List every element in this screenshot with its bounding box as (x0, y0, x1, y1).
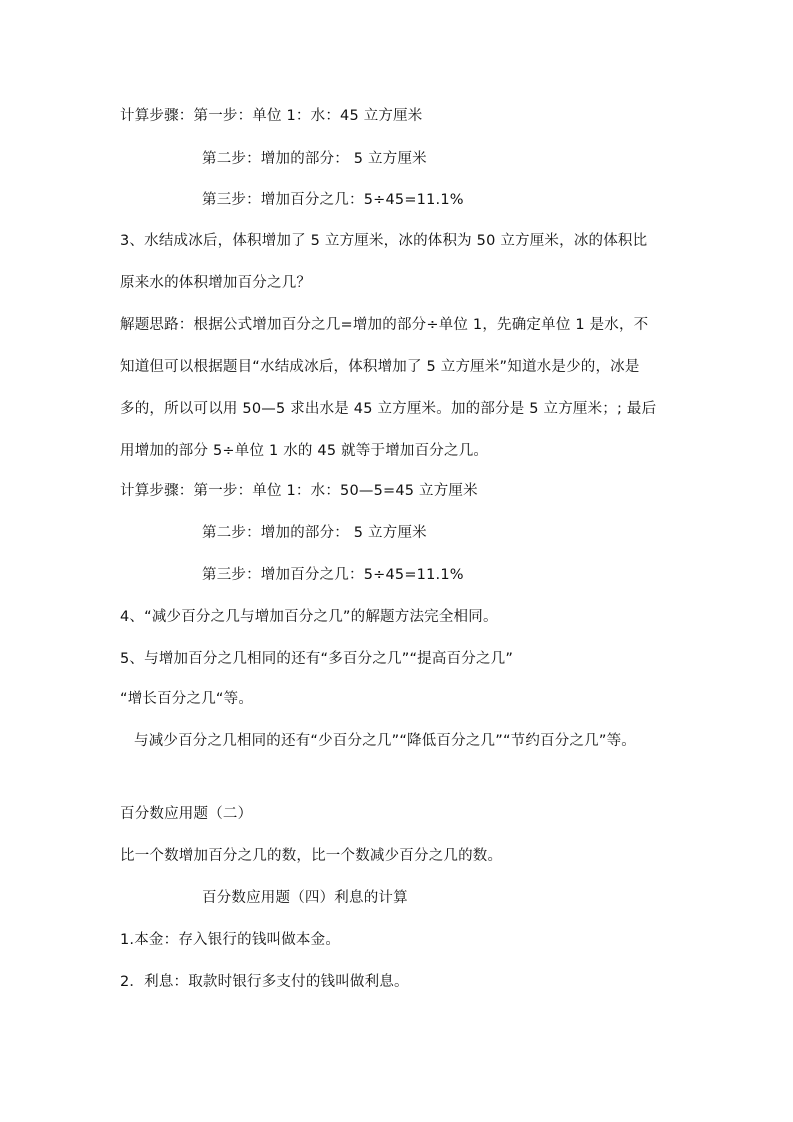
solution-idea-line2: 知道但可以根据题目“水结成冰后，体积增加了 5 立方厘米”知道水是少的，冰是 (120, 357, 640, 377)
calc-steps-2-step2: 第二步：增加的部分： 5 立方厘米 (202, 523, 427, 543)
calc-steps-1-step1: 计算步骤：第一步：单位 1：水：45 立方厘米 (120, 106, 423, 126)
point-5-line2: “增长百分之几“等。 (120, 689, 253, 709)
solution-idea-line3: 多的，所以可以用 50—5 求出水是 45 立方厘米。加的部分是 5 立方厘米；… (120, 399, 656, 419)
section-heading-2: 百分数应用题（二） (120, 804, 252, 824)
problem-3-line1: 3、水结成冰后，体积增加了 5 立方厘米，冰的体积为 50 立方厘米，冰的体积比 (120, 231, 647, 251)
definition-principal: 1.本金：存入银行的钱叫做本金。 (120, 930, 340, 950)
document-page: 计算步骤：第一步：单位 1：水：45 立方厘米 第二步：增加的部分： 5 立方厘… (0, 0, 793, 1122)
section-2-description: 比一个数增加百分之几的数，比一个数减少百分之几的数。 (120, 846, 502, 866)
definition-interest: 2．利息：取款时银行多支付的钱叫做利息。 (120, 972, 409, 992)
solution-idea-line1: 解题思路：根据公式增加百分之几=增加的部分÷单位 1，先确定单位 1 是水，不 (120, 315, 648, 335)
calc-steps-2-step3: 第三步：增加百分之几：5÷45=11.1% (202, 565, 464, 585)
point-5-decrease-synonyms: 与减少百分之几相同的还有“少百分之几”“降低百分之几”“节约百分之几”等。 (134, 731, 636, 751)
section-heading-4: 百分数应用题（四）利息的计算 (202, 888, 408, 908)
calc-steps-2-step1: 计算步骤：第一步：单位 1：水：50—5=45 立方厘米 (120, 481, 478, 501)
point-4: 4、“减少百分之几与增加百分之几”的解题方法完全相同。 (120, 607, 498, 627)
solution-idea-line4: 用增加的部分 5÷单位 1 水的 45 就等于增加百分之几。 (120, 441, 488, 461)
calc-steps-1-step2: 第二步：增加的部分： 5 立方厘米 (202, 149, 427, 169)
calc-steps-1-step3: 第三步：增加百分之几：5÷45=11.1% (202, 190, 464, 210)
problem-3-line2: 原来水的体积增加百分之几？ (120, 273, 311, 293)
point-5-line1: 5、与增加百分之几相同的还有“多百分之几”“提高百分之几” (120, 649, 513, 669)
